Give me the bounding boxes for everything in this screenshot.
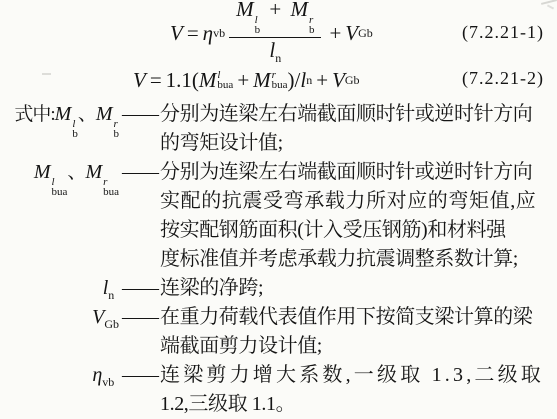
var-V-Gb: V: [332, 68, 345, 93]
sub-vb: vb: [213, 26, 225, 41]
definition-dash: ——: [122, 104, 158, 125]
coefficient: 1.1(: [166, 68, 199, 93]
supsub-M-left: lbua: [217, 70, 233, 90]
var-M-right: M: [290, 0, 308, 21]
definition-text: 分别为连梁左右端截面顺时针或逆时针方向 的弯矩设计值;: [158, 100, 557, 158]
plus-sign: +: [325, 21, 345, 46]
term-Mbua: Mlbua、Mrbua——: [0, 158, 158, 187]
equation-7-2-21-2: V = 1.1( Mlbua + Mrbua )/ ln + VGb (7.2.…: [0, 64, 557, 96]
definition-row-VGb: VGb—— 在重力荷载代表值作用下按简支梁计算的梁 端截面剪力设计值;: [0, 303, 557, 361]
var-M-left: M: [199, 68, 217, 93]
var-M-right: M: [253, 68, 271, 93]
definition-row-eta-vb: ηvb —— 连梁剪力增大系数,一级取 1.3,二级取 1.2,三级取 1.1。: [0, 361, 557, 419]
term-eta-vb: ηvb ——: [0, 361, 158, 390]
definition-row-Mbua: Mlbua、Mrbua—— 分别为连梁左右端截面顺时针或逆时针方向 实配的抗震受…: [0, 158, 557, 274]
supsub-M-right: rbua: [272, 70, 288, 90]
definition-text: 分别为连梁左右端截面顺时针或逆时针方向 实配的抗震受弯承载力所对应的弯矩值,应 …: [158, 158, 557, 274]
term-ln: ln ——: [0, 274, 158, 303]
equation-7-2-21-1: V = ηvb Mlb + Mrb ln + VGb (7.2.21-1): [0, 5, 557, 61]
sub-Gb: Gb: [358, 26, 373, 41]
fraction: Mlb + Mrb ln: [229, 0, 321, 70]
var-V: V: [133, 68, 146, 93]
supsub-M-left: lb: [255, 15, 261, 35]
equals-sign: =: [146, 68, 166, 93]
plus-sign: +: [265, 0, 285, 21]
var-M-left: M: [236, 0, 254, 21]
document-page: V = ηvb Mlb + Mrb ln + VGb (7.2.21-1) V …: [0, 0, 557, 419]
where-label: 式中:: [14, 104, 54, 125]
term-Mb: 式中:Mlb、Mrb——: [0, 100, 158, 129]
equation-2-number: (7.2.21-2): [462, 68, 544, 89]
definition-text: 连梁的净跨;: [158, 274, 557, 303]
definition-dash: ——: [122, 162, 158, 183]
equation-1-expression: V = ηvb Mlb + Mrb ln + VGb: [170, 5, 373, 61]
definition-row-Mb: 式中:Mlb、Mrb—— 分别为连梁左右端截面顺时针或逆时针方向 的弯矩设计值;: [0, 100, 557, 158]
sub-n: n: [275, 51, 281, 65]
supsub-M-right: rb: [309, 15, 315, 35]
equation-1-number: (7.2.21-1): [462, 22, 544, 43]
close-paren-slash: )/: [288, 68, 301, 93]
equation-2-expression: V = 1.1( Mlbua + Mrbua )/ ln + VGb: [133, 64, 360, 96]
var-V-Gb: V: [345, 21, 358, 46]
var-V: V: [170, 21, 183, 46]
symbol-definitions: 式中:Mlb、Mrb—— 分别为连梁左右端截面顺时针或逆时针方向 的弯矩设计值;…: [0, 100, 557, 419]
definition-dash: ——: [122, 307, 158, 328]
definition-text: 连梁剪力增大系数,一级取 1.3,二级取 1.2,三级取 1.1。: [158, 361, 557, 419]
plus-sign: +: [312, 68, 332, 93]
definition-text: 在重力荷载代表值作用下按简支梁计算的梁 端截面剪力设计值;: [158, 303, 557, 361]
definition-dash: ——: [122, 365, 158, 386]
fraction-numerator: Mlb + Mrb: [229, 0, 321, 38]
var-eta: η: [203, 21, 213, 46]
plus-sign: +: [233, 68, 253, 93]
term-VGb: VGb——: [0, 303, 158, 332]
term-separator: 、: [67, 162, 85, 183]
definition-row-ln: ln —— 连梁的净跨;: [0, 274, 557, 303]
definition-dash: ——: [122, 278, 158, 299]
sub-Gb: Gb: [345, 73, 360, 88]
term-separator: 、: [78, 104, 96, 125]
equals-sign: =: [183, 21, 203, 46]
